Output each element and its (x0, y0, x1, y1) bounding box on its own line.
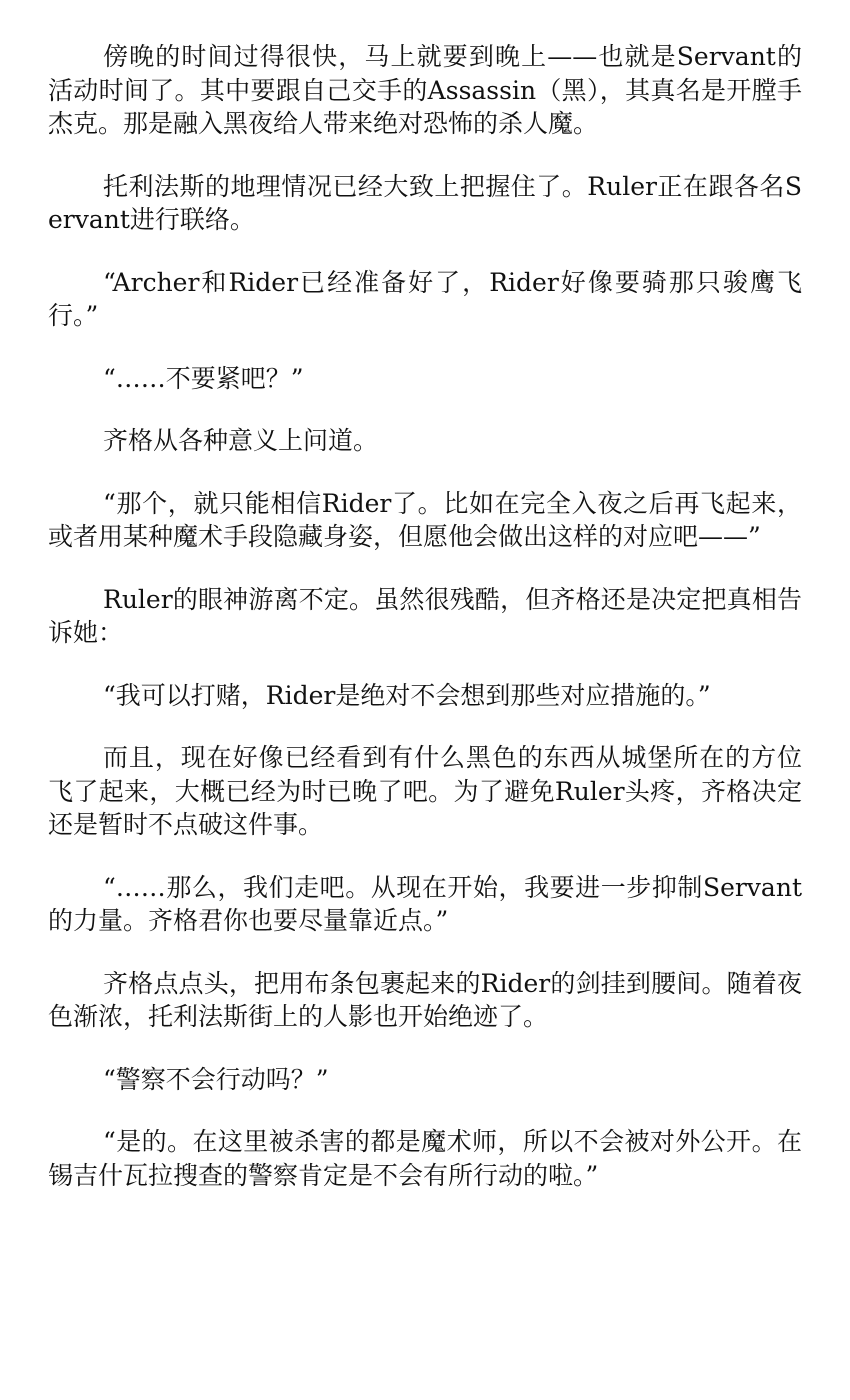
paragraph-2: 托利法斯的地理情况已经大致上把握住了。Ruler正在跟各名Servant进行联络… (48, 170, 802, 237)
paragraph-4: “……不要紧吧？” (48, 362, 802, 396)
paragraph-9: 而且，现在好像已经看到有什么黑色的东西从城堡所在的方位飞了起来，大概已经为时已晚… (48, 741, 802, 842)
paragraph-6: “那个，就只能相信Rider了。比如在完全入夜之后再飞起来，或者用某种魔术手段隐… (48, 487, 802, 554)
document-page: 傍晚的时间过得很快，马上就要到晚上——也就是Servant的活动时间了。其中要跟… (48, 40, 802, 1221)
paragraph-13: “是的。在这里被杀害的都是魔术师，所以不会被对外公开。在锡吉什瓦拉搜查的警察肯定… (48, 1125, 802, 1192)
paragraph-12: “警察不会行动吗？” (48, 1063, 802, 1097)
paragraph-10: “……那么，我们走吧。从现在开始，我要进一步抑制Servant的力量。齐格君你也… (48, 871, 802, 938)
paragraph-8: “我可以打赌，Rider是绝对不会想到那些对应措施的。” (48, 679, 802, 713)
paragraph-5: 齐格从各种意义上问道。 (48, 424, 802, 458)
paragraph-7: Ruler的眼神游离不定。虽然很残酷，但齐格还是决定把真相告诉她： (48, 583, 802, 650)
paragraph-1: 傍晚的时间过得很快，马上就要到晚上——也就是Servant的活动时间了。其中要跟… (48, 40, 802, 141)
paragraph-11: 齐格点点头，把用布条包裹起来的Rider的剑挂到腰间。随着夜色渐浓，托利法斯街上… (48, 967, 802, 1034)
paragraph-3: “Archer和Rider已经准备好了，Rider好像要骑那只骏鹰飞行。” (48, 266, 802, 333)
